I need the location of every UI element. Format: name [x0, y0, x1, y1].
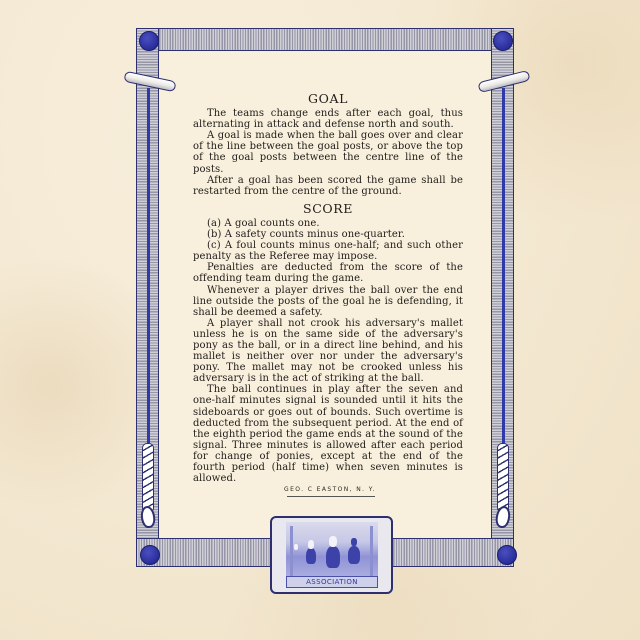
score-paragraph: Penalties are deducted from the score of… [193, 262, 463, 284]
score-paragraph: A player shall not crook his adversary's… [193, 318, 463, 385]
rules-text: GOAL The teams change ends after each go… [193, 93, 463, 484]
score-item-b: (b) A safety counts minus one-quarter. [193, 229, 463, 240]
rider-icon [351, 538, 357, 546]
corner-ball-icon [140, 545, 160, 565]
score-paragraph: The ball continues in play after the sev… [193, 384, 463, 484]
corner-ball-icon [493, 31, 513, 51]
score-item-a: (a) A goal counts one. [193, 218, 463, 229]
section-heading-score: SCORE [193, 203, 463, 214]
frame-top-bar [136, 28, 514, 51]
polo-scene [286, 522, 378, 580]
signature-underline [287, 496, 375, 497]
section-heading-goal: GOAL [193, 93, 463, 104]
printer-signature: GEO. C EASTON, N. Y. [260, 486, 400, 493]
association-banner: ASSOCIATION [286, 576, 378, 588]
rider-icon [329, 536, 337, 547]
horse-icon [326, 546, 340, 568]
goal-paragraph: The teams change ends after each goal, t… [193, 108, 463, 130]
polo-illustration: ASSOCIATION [270, 516, 393, 594]
polo-mallet-shaft-left [147, 88, 150, 443]
polo-mallet-shaft-right [502, 88, 505, 443]
score-item-c: (c) A foul counts minus one-half; and su… [193, 240, 463, 262]
corner-ball-icon [139, 31, 159, 51]
mallet-grip-left [142, 443, 154, 513]
rider-icon [294, 544, 298, 550]
score-paragraph: Whenever a player drives the ball over t… [193, 285, 463, 318]
corner-ball-icon [497, 545, 517, 565]
horse-icon [348, 546, 360, 564]
rider-icon [308, 540, 314, 549]
goal-paragraph: A goal is made when the ball goes over a… [193, 130, 463, 174]
mallet-grip-right [497, 443, 509, 513]
horse-icon [306, 548, 316, 564]
goal-paragraph: After a goal has been scored the game sh… [193, 175, 463, 197]
